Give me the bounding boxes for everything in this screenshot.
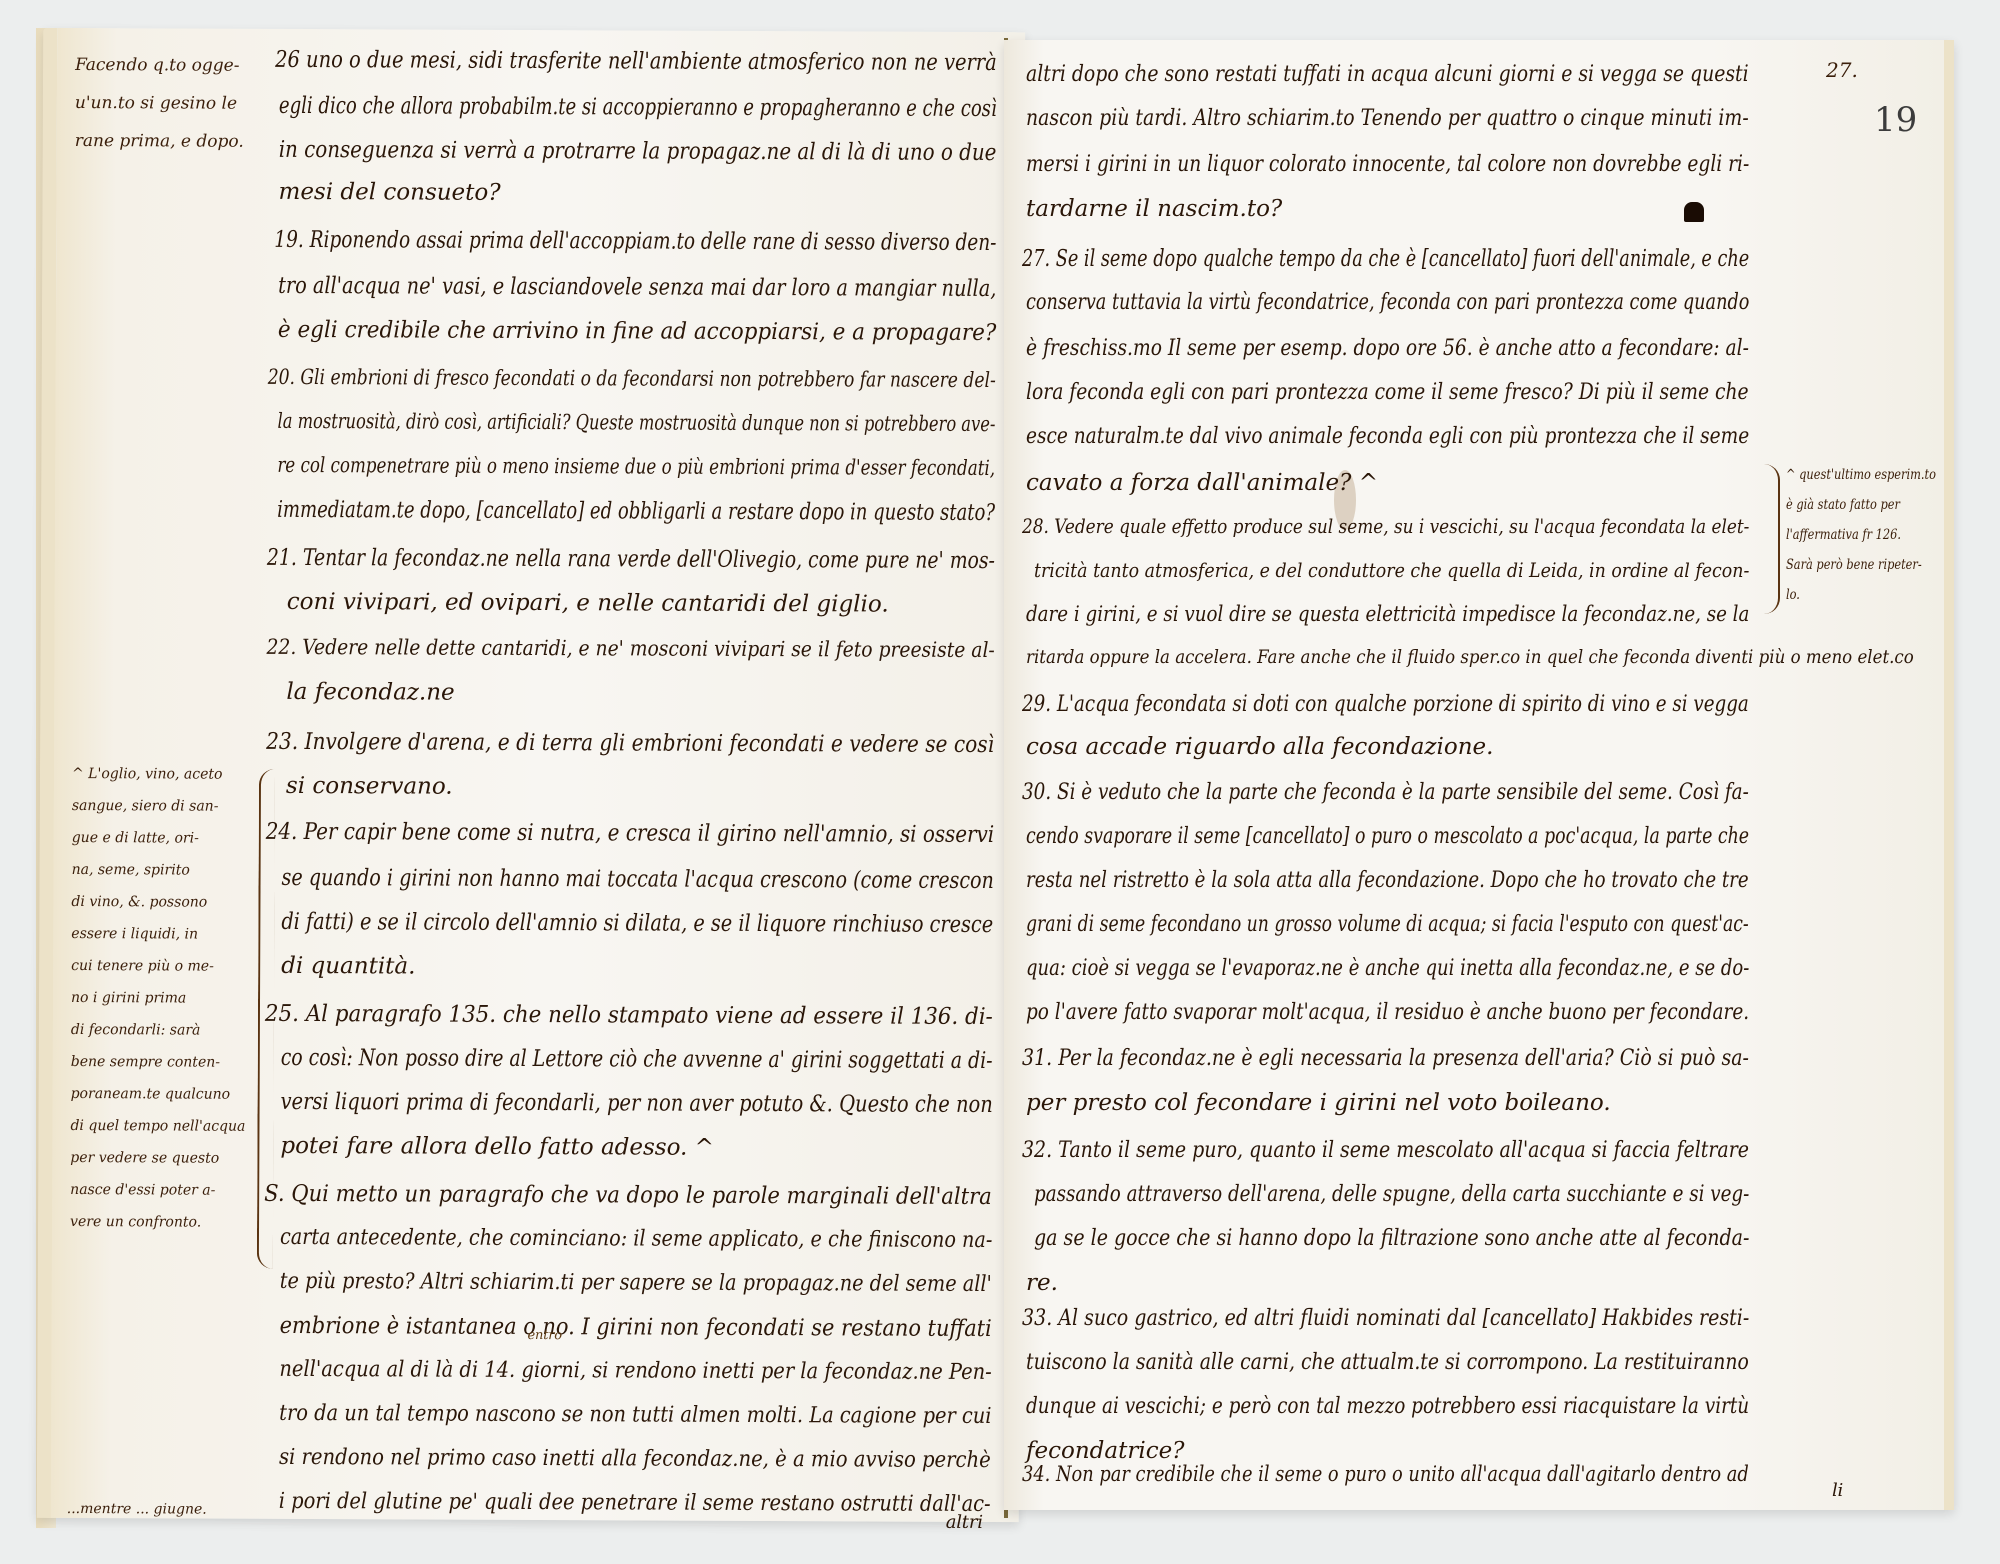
text-line: 30. Si è veduto che la parte che feconda… (1022, 780, 1749, 805)
text-line: la mostruosità, dirò così, artificiali? … (277, 409, 995, 436)
text-line: lora feconda egli con pari prontezza com… (1026, 380, 1749, 405)
text-line: 32. Tanto il seme puro, quanto il seme m… (1022, 1138, 1749, 1163)
text-line: cendo svaporare il seme [cancellato] o p… (1026, 824, 1749, 849)
text-line: di fatti) e se il circolo dell'amnio si … (281, 909, 993, 938)
text-line: cavato a forza dall'animale? ^ (1026, 470, 1378, 496)
text-line: 22. Vedere nelle dette cantaridi, e ne' … (267, 635, 995, 662)
margin-note-line: essere i liquidi, in (71, 918, 246, 951)
text-line: carta antecedente, che cominciano: il se… (280, 1225, 992, 1253)
margin-note-line: lo. (1786, 580, 1936, 610)
text-line: potei fare allora dello fatto adesso. ^ (280, 1133, 714, 1161)
text-line: immediatam.te dopo, [cancellato] ed obbl… (277, 497, 995, 526)
margin-note-line: di vino, &. possono (71, 886, 246, 919)
margin-brace (1764, 464, 1780, 614)
margin-note-line: u'un.to si gesino le (75, 84, 244, 123)
margin-note-bottom-left: ...mentre ... giugne. (67, 1493, 207, 1527)
text-line: di quantità. (281, 953, 415, 980)
text-line: te più presto? Altri schiarim.ti per sap… (280, 1269, 992, 1297)
text-line: qua: cioè si vegga se l'evaporaz.ne è an… (1026, 956, 1749, 981)
catchword: altri (946, 1512, 983, 1533)
margin-note-line: Sarà però bene ripeter- (1786, 550, 1936, 580)
text-line: tro da un tal tempo nascono se non tutti… (279, 1401, 991, 1429)
text-line: egli dico che allora probabilm.te si acc… (279, 93, 997, 122)
text-line: grani di seme fecondano un grosso volume… (1026, 912, 1749, 937)
text-line: se quando i girini non hanno mai toccata… (281, 865, 993, 894)
text-line: coni vivipari, ed ovipari, e nelle canta… (287, 589, 889, 618)
text-line: tricità tanto atmosferica, e del condutt… (1034, 558, 1749, 582)
margin-note-line: rane prima, e dopo. (75, 122, 244, 161)
text-line: si rendono nel primo caso inetti alla fe… (279, 1445, 991, 1473)
margin-note-line: l'affermativa fr 126. (1786, 520, 1936, 550)
text-line: resta nel ristretto è la sola atta alla … (1026, 868, 1749, 893)
text-line: po l'avere fatto svaporar molt'acqua, il… (1026, 1000, 1749, 1025)
ink-blot (1684, 202, 1704, 222)
margin-note-electricity: ^ quest'ultimo esperim.to è già stato fa… (1786, 460, 1964, 610)
text-line: altri dopo che sono restati tuffati in a… (1026, 62, 1749, 87)
text-line: 21. Tentar la fecondaz.ne nella rana ver… (267, 545, 995, 574)
text-line: ga se le gocce che si hanno dopo la filt… (1034, 1226, 1749, 1251)
text-line: la fecondaz.ne (286, 679, 454, 706)
margin-note-line: vere un confronto. (70, 1206, 245, 1239)
text-line: 31. Per la fecondaz.ne è egli necessaria… (1022, 1046, 1749, 1071)
margin-note-line: sangue, siero di san- (72, 790, 247, 823)
text-line: 28. Vedere quale effetto produce sul sem… (1022, 514, 1749, 538)
text-line: conserva tuttavia la virtù fecondatrice,… (1026, 290, 1749, 315)
margin-note-line: na, seme, spirito (72, 854, 247, 887)
text-line: fecondatrice? (1026, 1438, 1185, 1464)
margin-note-line: per vedere se questo (70, 1142, 245, 1175)
text-line: re col compenetrare più o meno insieme d… (277, 453, 995, 480)
text-line: dunque ai vescichi; e però con tal mezzo… (1026, 1394, 1749, 1419)
margin-note-liquids: ^ L'oglio, vino, aceto sangue, siero di … (70, 758, 253, 1239)
text-line: 23. Involgere d'arena, e di terra gli em… (266, 729, 994, 758)
margin-note-line: gue e di latte, ori- (72, 822, 247, 855)
text-line: re. (1026, 1270, 1058, 1296)
text-line: è freschiss.mo Il seme per esemp. dopo o… (1026, 336, 1749, 361)
margin-note-line: bene sempre conten- (71, 1046, 246, 1079)
text-line: i pori del glutine pe' quali dee penetra… (279, 1489, 991, 1517)
text-line: per presto col fecondare i girini nel vo… (1026, 1090, 1611, 1116)
text-line: 34. Non par credibile che il seme o puro… (1022, 1462, 1749, 1486)
margin-note-line: no i girini prima (71, 982, 246, 1015)
text-line: passando attraverso dell'arena, delle sp… (1034, 1182, 1749, 1207)
text-line: co così: Non posso dire al Lettore ciò c… (281, 1045, 993, 1074)
text-line: versi liquori prima di fecondarli, per n… (281, 1089, 993, 1118)
margin-note-line: nasce d'essi poter a- (70, 1174, 245, 1207)
text-line: S. Qui metto un paragrafo che va dopo le… (264, 1181, 992, 1210)
margin-note-line: ^ quest'ultimo esperim.to (1786, 460, 1936, 490)
text-line: si conservano. (286, 773, 453, 800)
stamped-page-number: 19 (1874, 100, 1917, 140)
margin-note-top-left: Facendo q.to ogge- u'un.to si gesino le … (75, 46, 244, 161)
folio-number: 27. (1826, 58, 1858, 82)
text-line: è egli credibile che arrivino in fine ad… (278, 317, 997, 346)
text-line: in conseguenza si verrà a protrarre la p… (279, 137, 997, 166)
text-line: mesi del consueto? (278, 179, 500, 206)
text-line: cosa accade riguardo alla fecondazione. (1026, 734, 1493, 760)
text-line: 27. Se il seme dopo qualche tempo da che… (1022, 246, 1749, 272)
margin-fragment: li (1832, 1480, 1843, 1501)
text-line: 20. Gli embrioni di fresco fecondati o d… (268, 365, 996, 392)
text-line: 26 uno o due mesi, sidi trasferite nell'… (275, 47, 997, 76)
margin-note-line: è già stato fatto per (1786, 490, 1936, 520)
left-page: Facendo q.to ogge- u'un.to si gesino le … (37, 28, 1025, 1522)
text-line: 33. Al suco gastrico, ed altri fluidi no… (1022, 1306, 1749, 1331)
text-line: embrione è istantanea o no. I girini non… (280, 1313, 992, 1342)
margin-note-line: ...mentre ... giugne. (67, 1501, 207, 1518)
margin-note-line: Facendo q.to ogge- (75, 46, 244, 85)
margin-note-line: di quel tempo nell'acqua (70, 1110, 245, 1143)
text-line: tro all'acqua ne' vasi, e lasciandovele … (278, 273, 996, 302)
text-line: tuiscono la sanità alle carni, che attua… (1026, 1350, 1749, 1375)
margin-note-line: ^ L'oglio, vino, aceto (72, 758, 247, 791)
interlinear-insertion: entro (528, 1328, 562, 1343)
text-line: tardarne il nascim.to? (1026, 196, 1282, 222)
text-line: nascon più tardi. Altro schiarim.to Tene… (1026, 106, 1749, 131)
text-line: dare i girini, e si vuol dire se questa … (1026, 602, 1749, 626)
text-line: nell'acqua al di là di 14. giorni, si re… (279, 1357, 991, 1385)
text-line: mersi i girini in un liquor colorato inn… (1026, 152, 1749, 177)
text-line: ritarda oppure la accelera. Fare anche c… (1026, 646, 1914, 668)
right-page: 27. 19 altri dopo che sono restati tuffa… (1004, 40, 1954, 1510)
text-line: 19. Riponendo assai prima dell'accoppiam… (274, 227, 996, 256)
text-line: 25. Al paragrafo 135. che nello stampato… (265, 1001, 993, 1030)
text-line: 24. Per capir bene come si nutra, e cres… (266, 819, 995, 848)
manuscript-spread: Facendo q.to ogge- u'un.to si gesino le … (0, 0, 2000, 1564)
text-line: 29. L'acqua fecondata si doti con qualch… (1022, 692, 1749, 717)
text-line: esce naturalm.te dal vivo animale fecond… (1026, 424, 1749, 449)
margin-note-line: poraneam.te qualcuno (71, 1078, 246, 1111)
margin-note-line: cui tenere più o me- (71, 950, 246, 983)
margin-note-line: di fecondarli: sarà (71, 1014, 246, 1047)
